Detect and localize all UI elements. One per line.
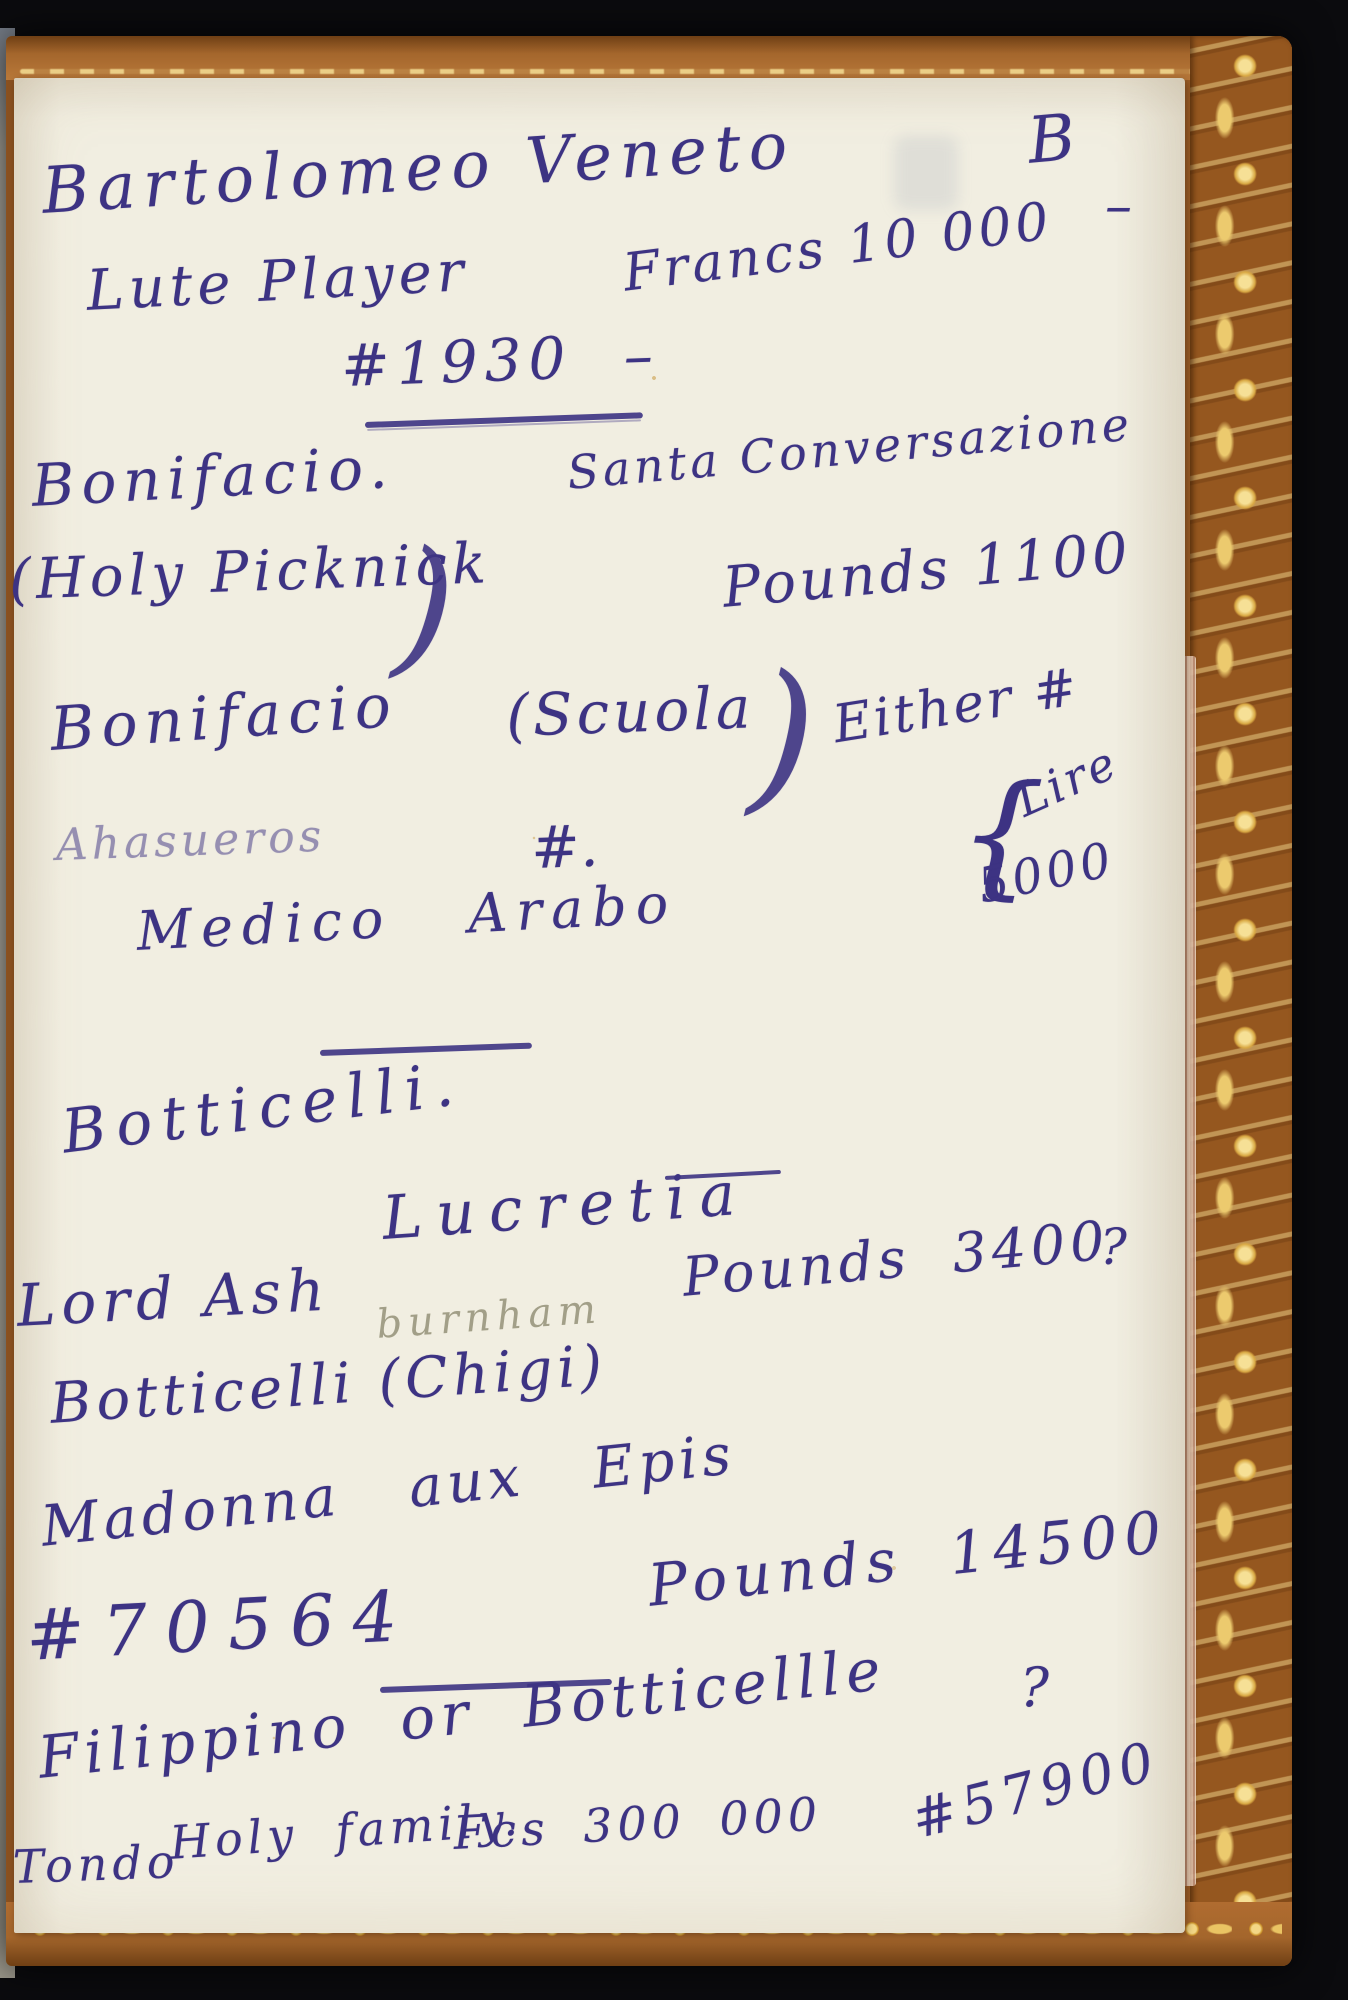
leather-cover-top-edge [6,36,1292,80]
entry-bonifacio1-note-paren: ) [390,518,461,696]
entry-bonifacio1-work: Santa Conversazione [565,397,1135,500]
entry-botticelli2-stock-number: #70564 [24,1575,417,1677]
entry-bonifacio2-currency: Lire [1007,735,1126,828]
entry-bonifacio2-school-paren: ) [746,638,820,833]
entry-botticelli2-price: Pounds 14500 [645,1497,1171,1619]
entry-bonifacio1-artist: Bonifacio. [30,433,396,520]
entry-botticelli1-query-mark: ? [1100,1218,1127,1276]
gilt-scrollwork-border [1190,36,1292,1966]
entry-veneto-stock-number: #1930 – [340,321,661,400]
ink-underline [365,412,643,428]
entry-bonifacio2-artist: Bonifacio [48,671,400,765]
entry-botticelli2-work: Madonna aux Epis [38,1422,739,1560]
entry-botticelli1-provenance: Lord Ash [15,1256,332,1340]
entry-bonifacio1-price: Pounds 1100 [720,520,1134,621]
entry-bonifacio2-mark: #. [530,812,599,882]
entry-veneto-price: Francs 10 000 [620,191,1056,303]
entry-veneto-work: Lute Player [85,239,470,324]
page-heading-dash: – [1105,174,1132,237]
entry-filippino-form: Tondo [12,1834,180,1894]
entry-bonifacio2-either: Either # [829,657,1084,755]
entry-bonifacio2-school: (Scuola [505,673,755,750]
manuscript-page: B – Bartolomeo Veneto Lute Player Francs… [14,78,1185,1933]
page-heading-letter: B [1025,101,1078,179]
entry-veneto-artist: Bartolomeo Veneto [40,109,797,229]
entry-bonifacio2-subject: Medico Arabo [135,872,679,963]
gold-tooling-line [20,69,1202,74]
entry-filippino-stock-number: #57900 [905,1729,1166,1851]
entry-filippino-query-mark: ? [1020,1656,1049,1719]
entry-bonifacio2-subject-faint: Ahasueros [55,811,326,871]
ink-show-through-smudge [894,136,958,210]
photographed-notebook-scene: B – Bartolomeo Veneto Lute Player Francs… [0,0,1348,2000]
leather-notebook: B – Bartolomeo Veneto Lute Player Francs… [6,36,1292,1966]
entry-botticelli1-work: Lucretia [380,1158,751,1253]
entry-botticelli2-artist: Botticelli (Chigi) [48,1333,609,1437]
entry-botticelli1-artist: Botticelli. [58,1049,467,1168]
